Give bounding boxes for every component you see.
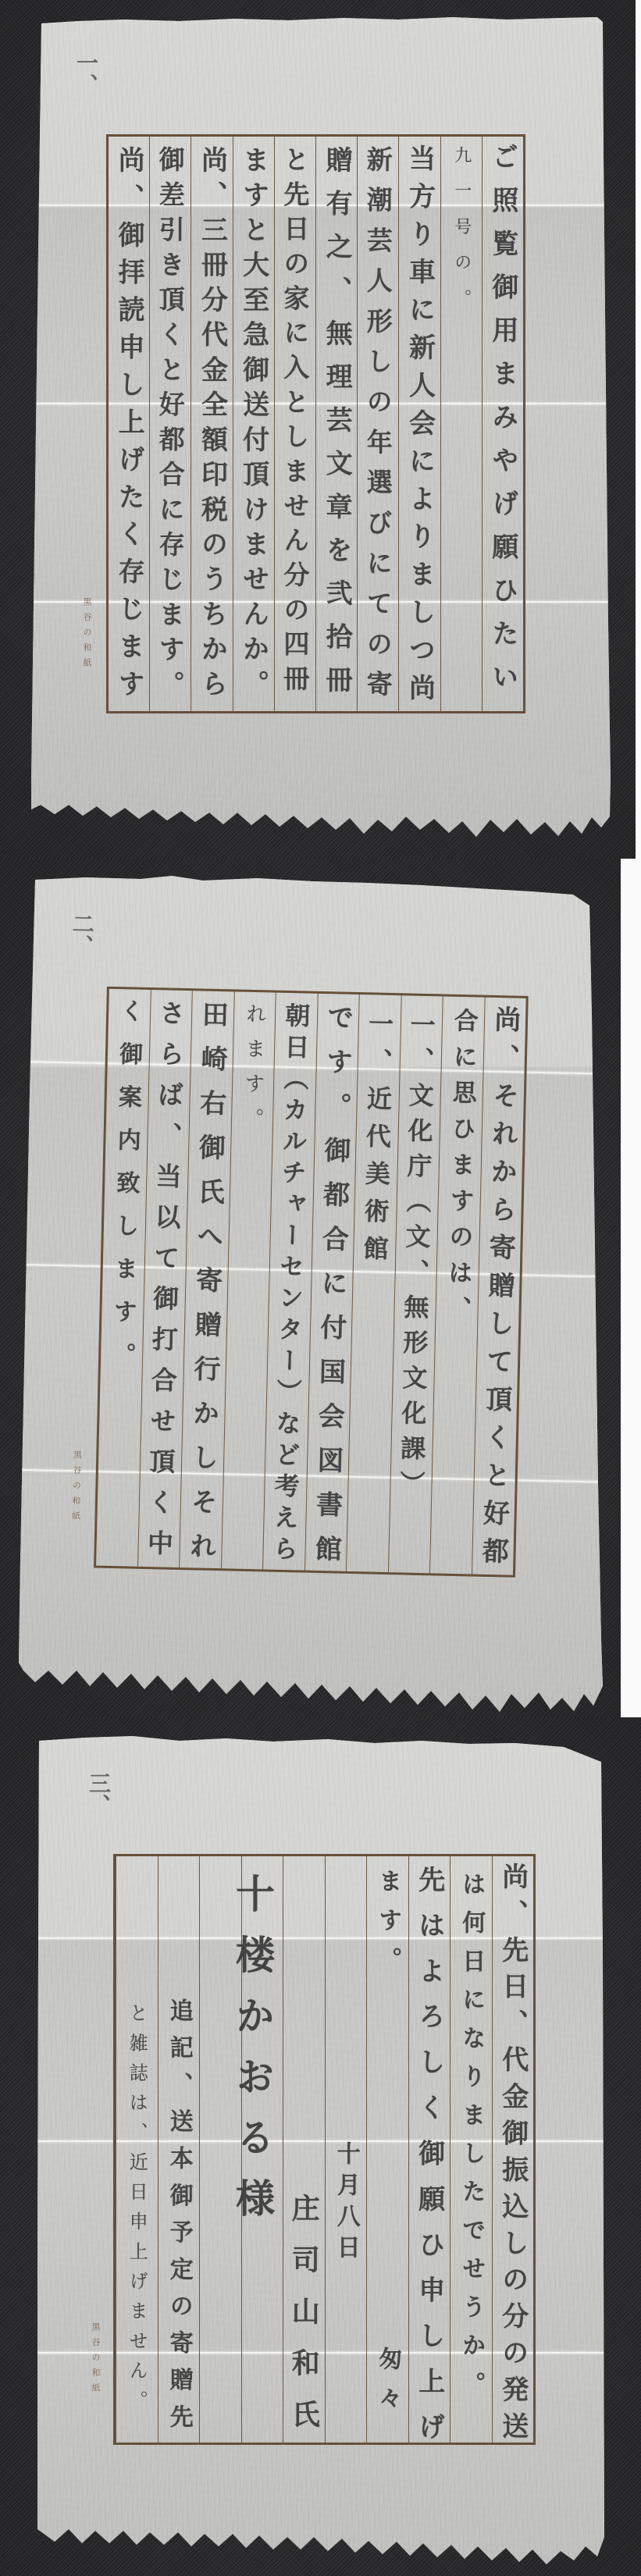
photo-edge-strip <box>621 859 641 1717</box>
text-column-3: 当方り車に新人会によりましつ尚 <box>398 137 440 711</box>
handwritten-line: 新潮芸人形しの年選びにての寄 <box>365 146 391 696</box>
text-column-4: 新潮芸人形しの年選びにての寄 <box>357 137 398 711</box>
letter-sheet-3-photo: 三、 黒谷の和紙 尚、先日、代金御振込しの分の発送 は何日になりましたでせうか。… <box>0 1717 641 2576</box>
text-column-4: ます。 匆々 <box>366 1856 408 2443</box>
text-column-2: は何日になりましたでせうか。 <box>450 1856 492 2443</box>
page-number-mark: 三、 <box>87 1772 109 1816</box>
text-column-1: 尚、先日、代金御振込しの分の発送 <box>492 1856 534 2443</box>
handwritten-line: さらば、当以て御打合せ頂く中 <box>146 999 184 1556</box>
recipient-addressee: 十楼かおる様 <box>233 1873 272 2217</box>
postscript-line: 追記、送本御予定の寄贈先 <box>167 1998 191 2428</box>
page-number-mark: 二、 <box>70 913 93 957</box>
handwritten-line: は何日になりましたでせうか。 <box>459 1872 483 2395</box>
text-column-5: 十月八日 <box>325 1856 367 2443</box>
handwritten-line: 尚、先日、代金御振込しの分の発送 <box>500 1863 526 2439</box>
page-number-mark: 一、 <box>75 52 97 95</box>
letter-date: 十月八日 <box>334 2141 358 2258</box>
handwritten-line: 尚、御拝読申し上げたく存じます <box>116 146 142 696</box>
text-column-6: と先日の家に入としません分の四冊 <box>274 137 315 711</box>
text-column-1: ご照覧御用まみやげ願ひたい <box>482 137 523 711</box>
letter-closing: 匆々 <box>376 2347 399 2409</box>
text-column-6: 庄司山和氏 <box>283 1856 325 2443</box>
handwritten-line: です。御都合に付国会図書館 <box>312 1003 351 1562</box>
handwritten-line: く御案内致します。 <box>109 998 141 1366</box>
text-column-5: 贈有之、無理芸文章を弐拾冊 <box>315 137 357 711</box>
text-column-9: 御差引き頂くと好都合に存じます。 <box>149 137 191 711</box>
text-column-3: 先はよろしく御願ひ申し上げ <box>408 1856 450 2443</box>
sheet-1-content: 一、 黒谷の和紙 ご照覧御用まみやげ願ひたい 九一号の。 当方り車に新人会により… <box>0 0 641 859</box>
text-column-10: 尚、御拝読申し上げたく存じます <box>109 137 149 711</box>
sheet-2-content: 二、 黒谷の和紙 尚、それから寄贈して頂くと好都 合に思ひますのは、 一、文化庁… <box>0 859 641 1717</box>
postscript-line: と雑誌は、近日申上げません。 <box>127 2003 146 2409</box>
handwritten-line: と先日の家に入としません分の四冊 <box>282 146 308 691</box>
letter-sheet-2-photo: 二、 黒谷の和紙 尚、それから寄贈して頂くと好都 合に思ひますのは、 一、文化庁… <box>0 859 641 1717</box>
handwritten-line: 一、近代美術館 <box>361 1010 392 1261</box>
watermark-stamp: 黒谷の和紙 <box>71 1450 81 1527</box>
handwritten-line: 当方り車に新人会によりましつ尚 <box>406 144 433 700</box>
handwritten-line: 朝日（カルチャーセンター）など考えら <box>272 1002 309 1561</box>
text-column-9: 追記、送本御予定の寄贈先 <box>158 1856 200 2443</box>
handwritten-line: 合に思ひますのは、 <box>444 1008 475 1321</box>
photo-edge-strip <box>636 0 641 859</box>
text-column-2: 九一号の。 <box>440 137 482 711</box>
handwritten-line: 尚、三冊分代金全額印税のうちから <box>198 146 225 696</box>
handwritten-line: 九一号の。 <box>453 146 470 306</box>
handwritten-line: れます。 <box>242 1003 265 1129</box>
handwritten-line: 贈有之、無理芸文章を弐拾冊 <box>323 146 350 692</box>
letter-sheet-1-photo: 一、 黒谷の和紙 ご照覧御用まみやげ願ひたい 九一号の。 当方り車に新人会により… <box>0 0 641 859</box>
handwritten-line: ご照覧御用まみやげ願ひたい <box>490 143 516 689</box>
watermark-stamp: 黒谷の和紙 <box>83 597 91 674</box>
handwritten-line: 先はよろしく御願ひ申し上げ <box>416 1866 443 2439</box>
handwritten-line: 一、文化庁（文、無形文化課） <box>398 1011 434 1496</box>
handwritten-line: ますと大至急御送付頂けませんか。 <box>240 146 267 696</box>
sender-signature: 庄司山和氏 <box>290 2194 318 2428</box>
handwritten-line: 御差引き頂くと好都合に存じます。 <box>158 146 183 696</box>
handwritten-line: 尚、それから寄贈して頂くと好都 <box>479 1005 518 1564</box>
ruled-letter-frame: 尚、先日、代金御振込しの分の発送 は何日になりましたでせうか。 先はよろしく御願… <box>113 1854 536 2445</box>
ruled-letter-frame: 尚、それから寄贈して頂くと好都 合に思ひますのは、 一、文化庁（文、無形文化課）… <box>94 987 529 1578</box>
ruled-letter-frame: ご照覧御用まみやげ願ひたい 九一号の。 当方り車に新人会によりましつ尚 新潮芸人… <box>106 134 525 713</box>
text-column-10: と雑誌は、近日申上げません。 <box>116 1856 158 2443</box>
text-column-7: ますと大至急御送付頂けませんか。 <box>233 137 274 711</box>
handwritten-line: ます。 <box>376 1869 399 1970</box>
sheet-3-content: 三、 黒谷の和紙 尚、先日、代金御振込しの分の発送 は何日になりましたでせうか。… <box>0 1717 641 2576</box>
watermark-stamp: 黒谷の和紙 <box>91 2322 100 2399</box>
text-column-8: 尚、三冊分代金全額印税のうちから <box>191 137 232 711</box>
handwritten-line: 田崎右御氏へ寄贈行かしそれ <box>187 1000 226 1559</box>
